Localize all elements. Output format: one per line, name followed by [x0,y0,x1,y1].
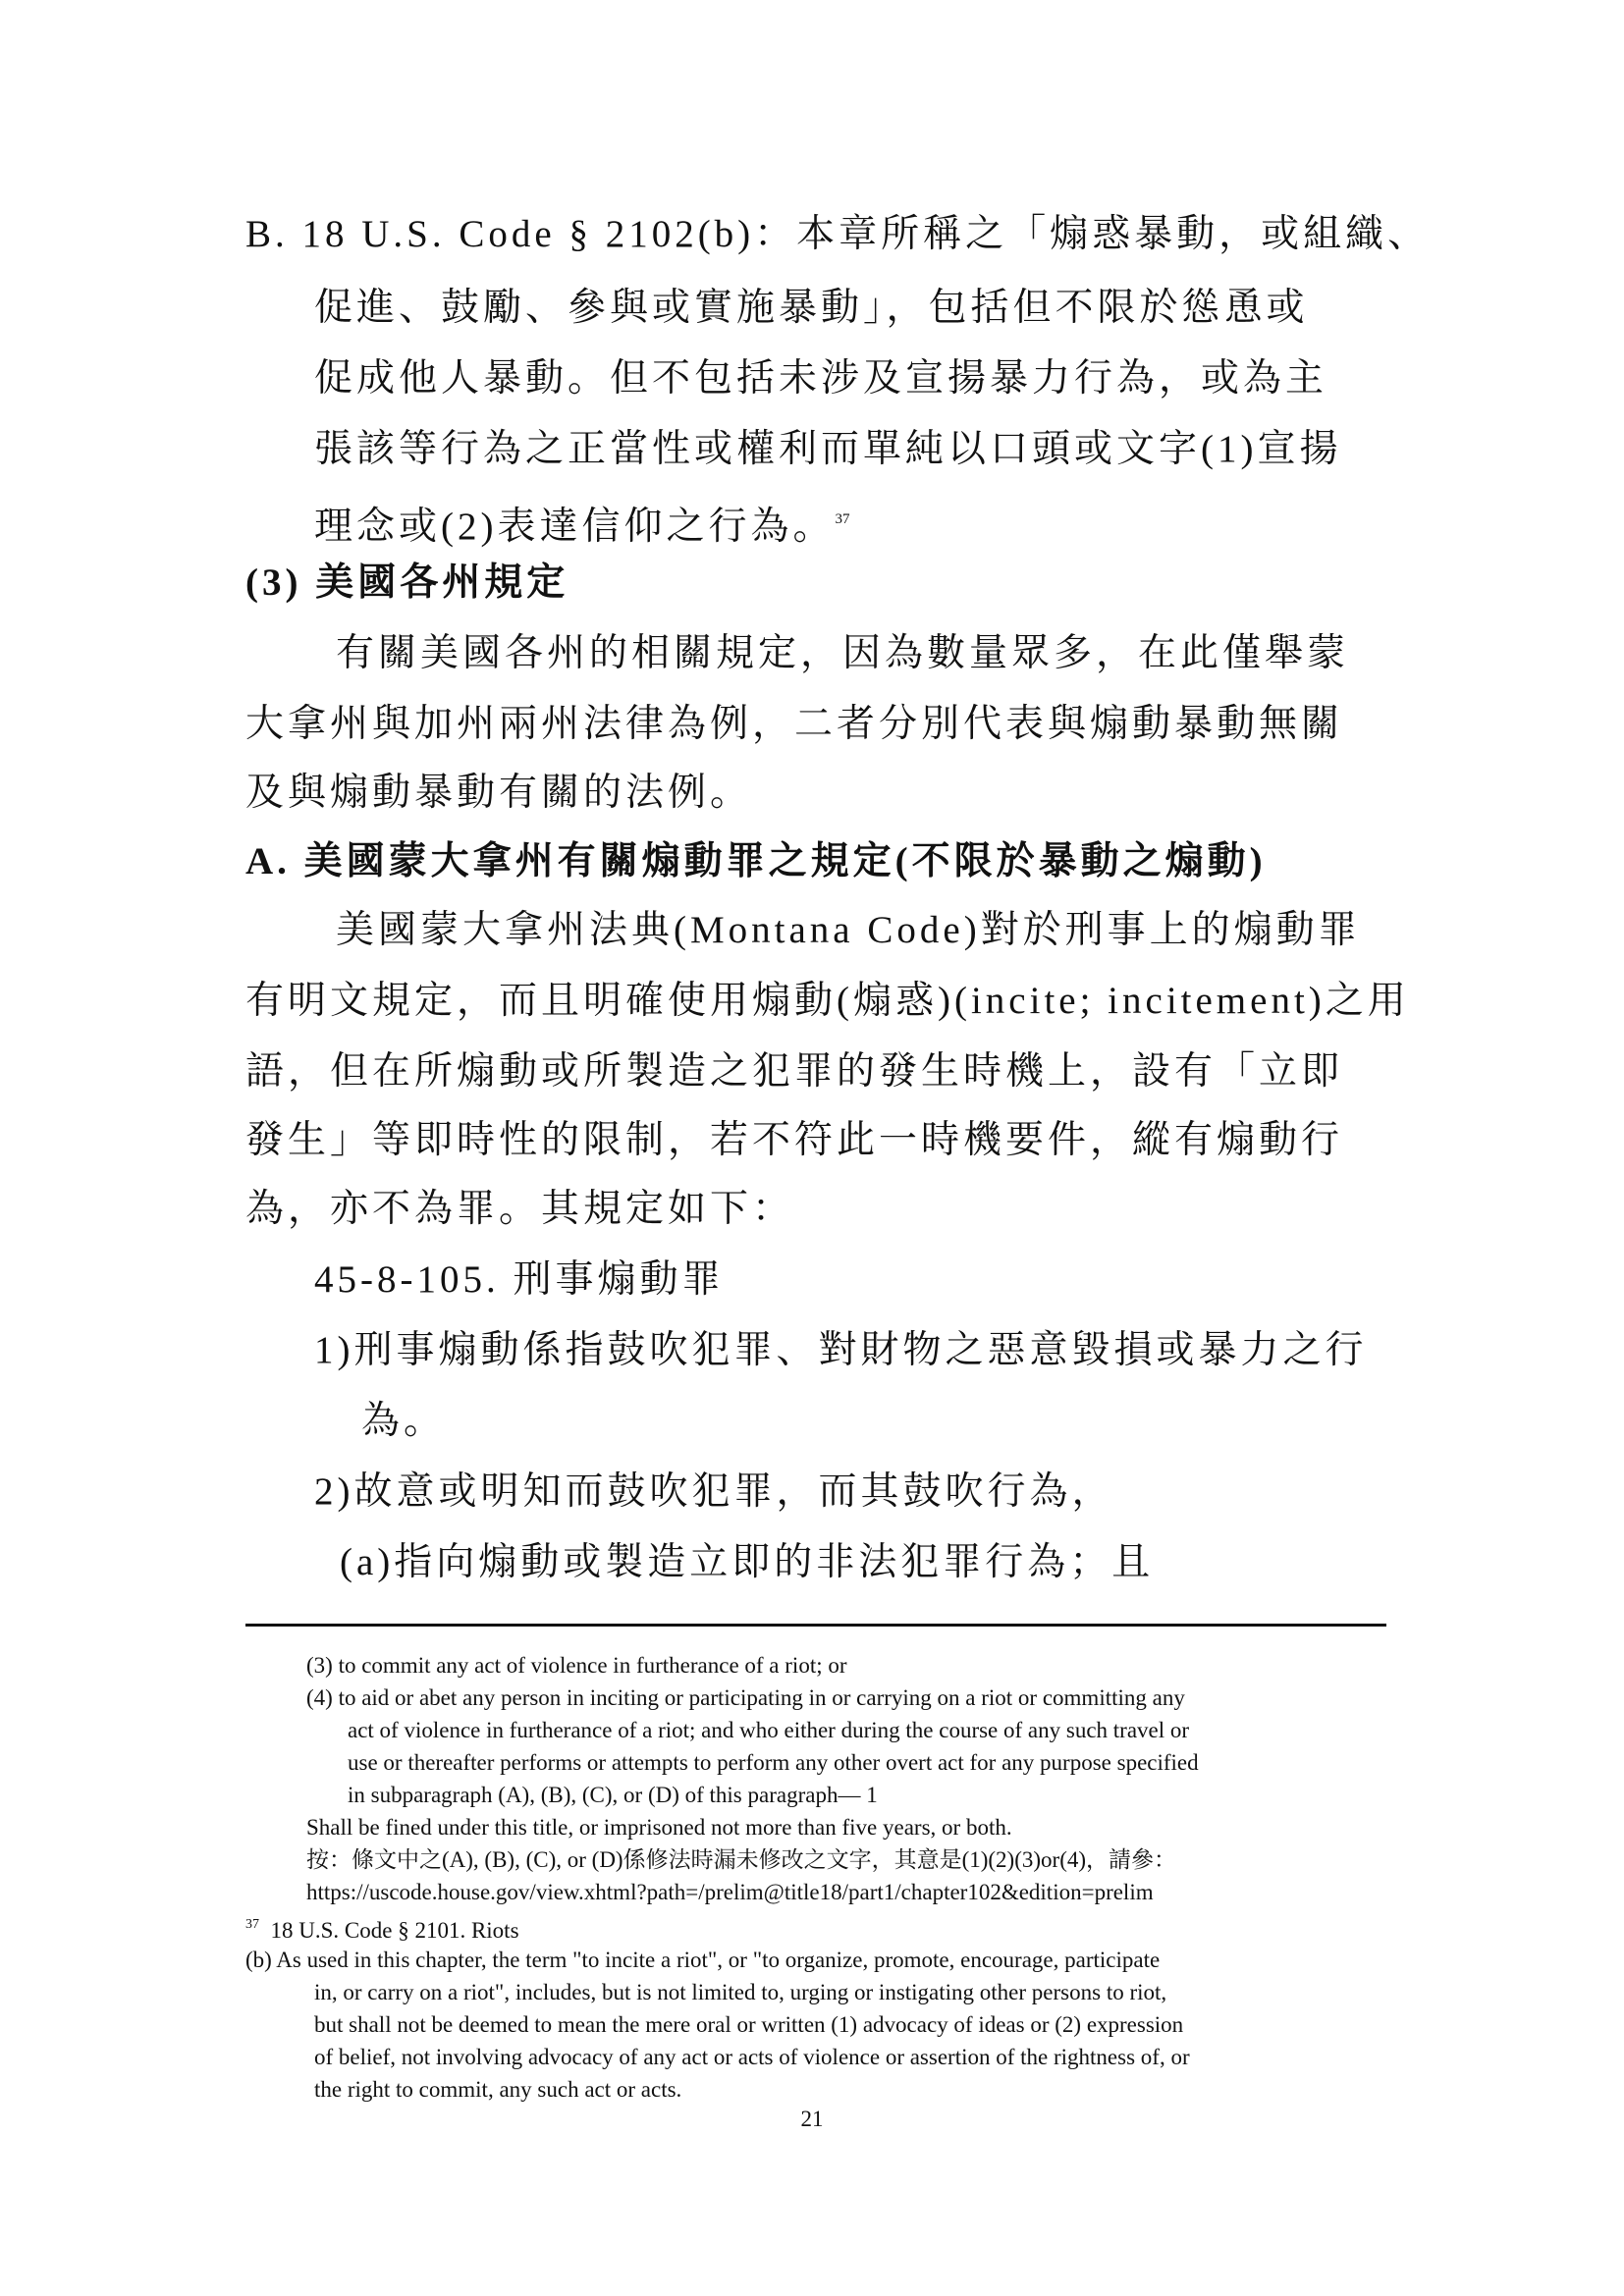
section-b-text: 理念或(2)表達信仰之行為。 [314,506,835,548]
footnote-37-number: 37 [245,1917,259,1932]
section-b-line: 張該等行為之正當性或權利而單純以口頭或文字(1)宣揚 [314,424,1341,475]
footnote-37-line: in, or carry on a riot", includes, but i… [314,1976,1166,2008]
statute-title: 45-8-105. 刑事煽動罪 [314,1255,724,1306]
footnote-line: (4) to aid or abet any person in incitin… [306,1682,1185,1714]
statute-item-1-cont: 為。 [361,1396,446,1447]
footnote-url-link[interactable]: https://uscode.house.gov/view.xhtml?path… [306,1876,1154,1908]
statute-item-2a: (a)指向煽動或製造立即的非法犯罪行為；且 [340,1537,1154,1588]
footnote-37-line: but shall not be deemed to mean the mere… [314,2008,1183,2041]
montana-paragraph-line: 語，但在所煽動或所製造之犯罪的發生時機上，設有「立即 [245,1046,1343,1097]
footnote-line: Shall be fined under this title, or impr… [306,1811,1012,1843]
footnote-line: use or thereafter performs or attempts t… [348,1746,1199,1779]
footnote-line: in subparagraph (A), (B), (C), or (D) of… [348,1779,878,1811]
intro-paragraph-line: 有關美國各州的相關規定，因為數量眾多，在此僅舉蒙 [336,628,1349,679]
footnote-note: 按：條文中之(A), (B), (C), or (D)係修法時漏未修改之文字，其… [306,1843,1176,1876]
footnote-ref-37[interactable]: 37 [835,511,849,527]
montana-paragraph-line: 發生」等即時性的限制，若不符此一時機要件，縱有煽動行 [245,1115,1343,1166]
document-page: B. 18 U.S. Code § 2102(b)：本章所稱之「煽惑暴動，或組織… [0,0,1624,2296]
section-b-line: 促成他人暴動。但不包括未涉及宣揚暴力行為，或為主 [314,353,1327,404]
heading-us-states: (3) 美國各州規定 [245,558,568,609]
footnote-37-title-text: 18 U.S. Code § 2101. Riots [271,1918,519,1943]
section-b-line: 促進、鼓勵、參與或實施暴動」，包括但不限於慫恿或 [314,283,1309,334]
footnote-37-line: (b) As used in this chapter, the term "t… [245,1944,1160,1976]
statute-item-2: 2)故意或明知而鼓吹犯罪，而其鼓吹行為， [314,1467,1114,1518]
montana-paragraph-line: 美國蒙大拿州法典(Montana Code)對於刑事上的煽動罪 [336,905,1361,956]
section-b-line: B. 18 U.S. Code § 2102(b)：本章所稱之「煽惑暴動，或組織… [245,209,1430,260]
intro-paragraph-line: 及與煽動暴動有關的法例。 [245,768,752,819]
footnote-37-title: 37 18 U.S. Code § 2101. Riots [245,1908,519,1947]
footnote-37-line: of belief, not involving advocacy of any… [314,2041,1190,2073]
section-b-line-last: 理念或(2)表達信仰之行為。37 [314,494,849,553]
statute-item-1: 1)刑事煽動係指鼓吹犯罪、對財物之惡意毀損或暴力之行 [314,1325,1368,1376]
montana-paragraph-line: 為，亦不為罪。其規定如下： [245,1184,794,1235]
footnote-line: act of violence in furtherance of a riot… [348,1714,1189,1746]
heading-montana: A. 美國蒙大拿州有關煽動罪之規定(不限於暴動之煽動) [245,836,1267,887]
footnote-line: (3) to commit any act of violence in fur… [306,1649,847,1682]
intro-paragraph-line: 大拿州與加州兩州法律為例，二者分別代表與煽動暴動無關 [245,699,1343,750]
page-number: 21 [0,2107,1624,2132]
footnote-separator [245,1624,1386,1627]
footnote-37-line: the right to commit, any such act or act… [314,2073,681,2106]
montana-paragraph-line: 有明文規定，而且明確使用煽動(煽惑)(incite; incitement)之用 [245,976,1410,1027]
